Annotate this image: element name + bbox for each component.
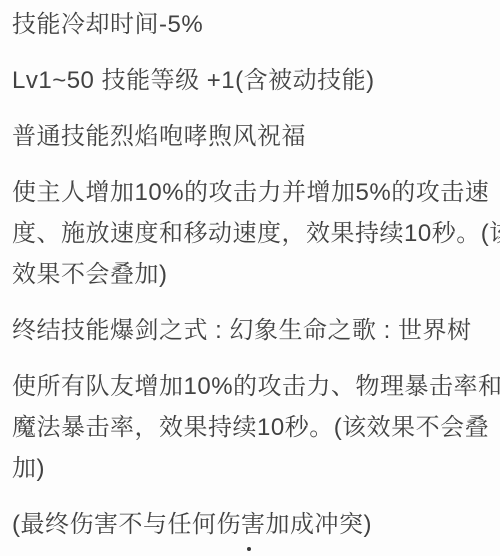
- paragraph-final-damage-note: (最终伤害不与任何伤害加成冲突): [12, 504, 492, 545]
- skill-description-text: 技能冷却时间-5% Lv1~50 技能等级 +1(含被动技能) 普通技能烈焰咆哮…: [0, 0, 500, 545]
- text-line: 度、施放速度和移动速度，效果持续10秒。(该: [12, 213, 492, 254]
- paragraph-cooldown-bonus: 技能冷却时间-5%: [12, 4, 492, 45]
- stray-dot: [247, 547, 251, 551]
- paragraph-ultimate-skill-title: 终结技能爆剑之式 : 幻象生命之歌 : 世界树: [12, 310, 492, 351]
- text-line: 技能冷却时间-5%: [12, 4, 492, 45]
- text-line: (最终伤害不与任何伤害加成冲突): [12, 504, 492, 545]
- text-line: 效果不会叠加): [12, 254, 492, 295]
- paragraph-ultimate-skill-description: 使所有队友增加10%的攻击力、物理暴击率和 魔法暴击率，效果持续10秒。(该效果…: [12, 366, 492, 489]
- text-line: 加): [12, 448, 492, 489]
- text-line: Lv1~50 技能等级 +1(含被动技能): [12, 60, 492, 101]
- paragraph-normal-skill-title: 普通技能烈焰咆哮煦风祝福: [12, 116, 492, 157]
- text-line: 魔法暴击率，效果持续10秒。(该效果不会叠: [12, 407, 492, 448]
- text-line: 使所有队友增加10%的攻击力、物理暴击率和: [12, 366, 492, 407]
- text-line: 普通技能烈焰咆哮煦风祝福: [12, 116, 492, 157]
- paragraph-normal-skill-description: 使主人增加10%的攻击力并增加5%的攻击速 度、施放速度和移动速度，效果持续10…: [12, 172, 492, 295]
- text-line: 终结技能爆剑之式 : 幻象生命之歌 : 世界树: [12, 310, 492, 351]
- text-line: 使主人增加10%的攻击力并增加5%的攻击速: [12, 172, 492, 213]
- paragraph-skill-level-bonus: Lv1~50 技能等级 +1(含被动技能): [12, 60, 492, 101]
